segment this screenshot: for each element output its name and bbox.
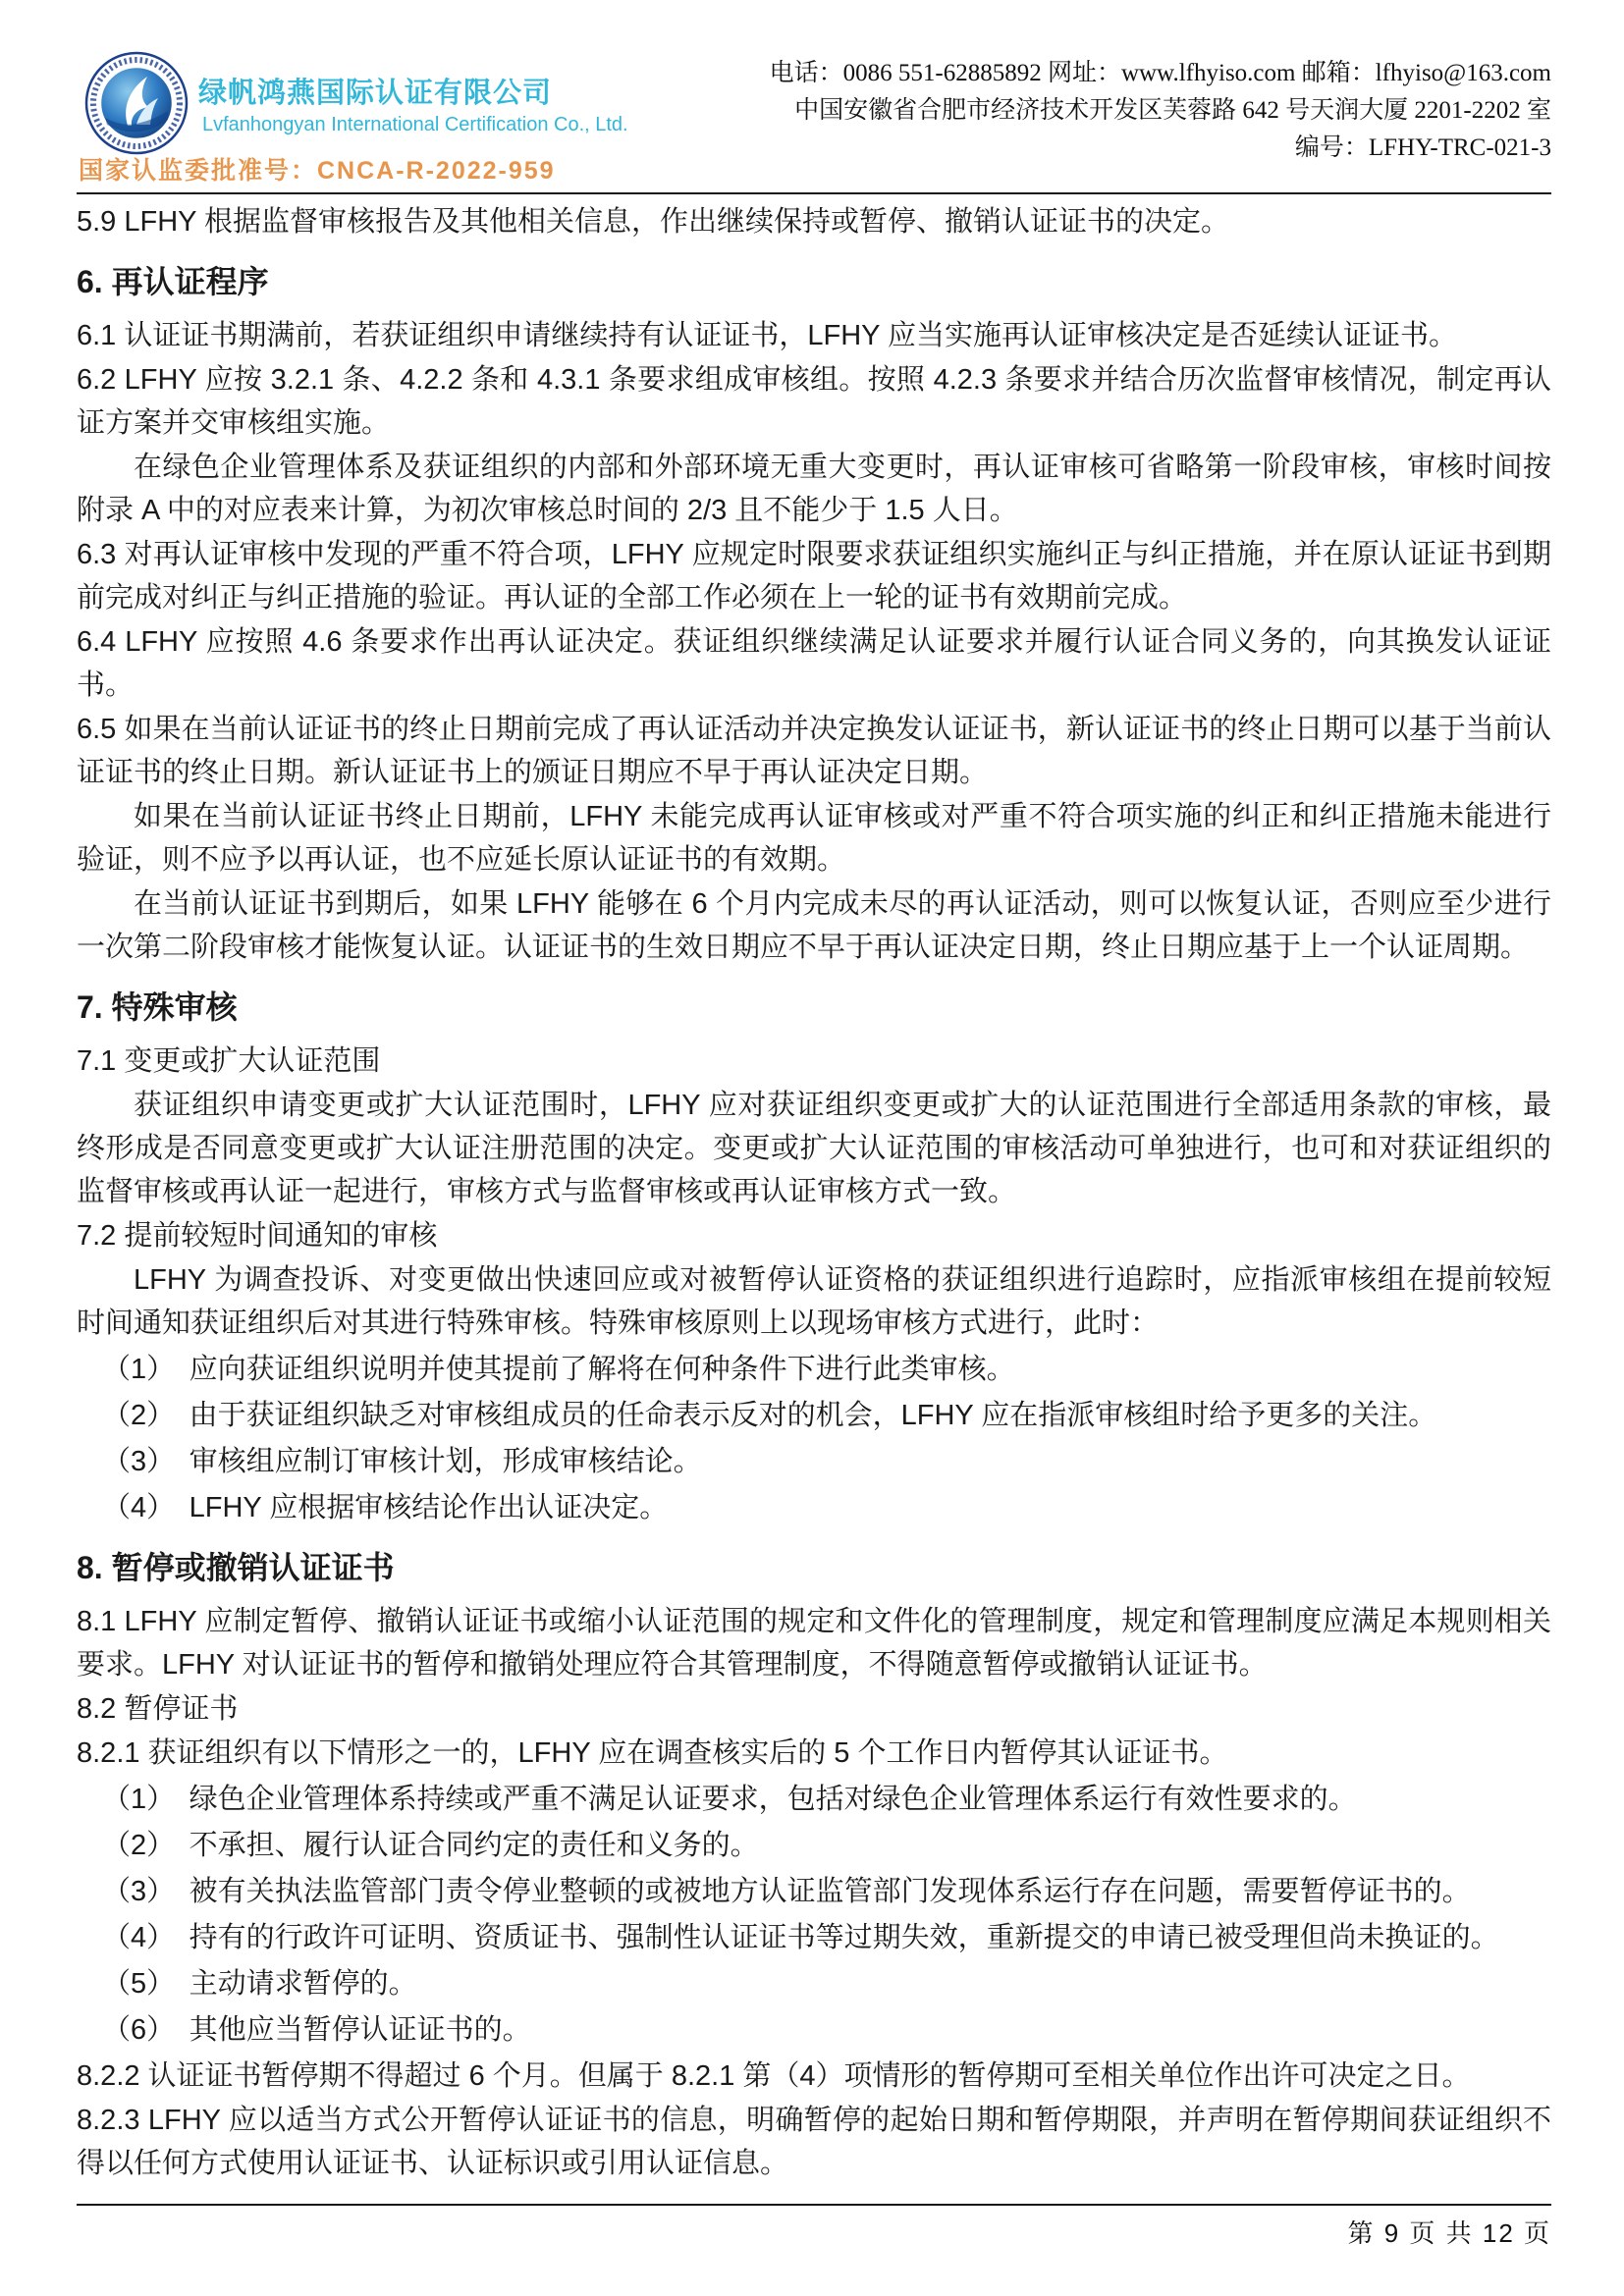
list-item: （2） 不承担、履行认证合同约定的责任和义务的。 bbox=[77, 1824, 1551, 1867]
list-item: （4） 持有的行政许可证明、资质证书、强制性认证证书等过期失效，重新提交的申请已… bbox=[77, 1916, 1551, 1959]
approval-number: 国家认监委批准号：CNCA-R-2022-959 bbox=[79, 151, 556, 187]
paragraph-8-2-3: 8.2.3 LFHY 应以适当方式公开暂停认证证书的信息，明确暂停的起始日期和暂… bbox=[77, 2099, 1551, 2185]
list-item: （5） 主动请求暂停的。 bbox=[77, 1962, 1551, 2005]
list-item: （6） 其他应当暂停认证证书的。 bbox=[77, 2008, 1551, 2052]
paragraph-5-9: 5.9 LFHY 根据监督审核报告及其他相关信息，作出继续保持或暂停、撤销认证证… bbox=[77, 200, 1551, 243]
paragraph-8-2: 8.2 暂停证书 bbox=[77, 1687, 1551, 1731]
paragraph-7-1-note: 获证组织申请变更或扩大认证范围时，LFHY 应对获证组织变更或扩大的认证范围进行… bbox=[77, 1084, 1551, 1213]
list-item: （1） 绿色企业管理体系持续或严重不满足认证要求，包括对绿色企业管理体系运行有效… bbox=[77, 1778, 1551, 1821]
paragraph-6-1: 6.1 认证证书期满前，若获证组织申请继续持有认证证书，LFHY 应当实施再认证… bbox=[77, 314, 1551, 357]
list-item: （2） 由于获证组织缺乏对审核组成员的任命表示反对的机会，LFHY 应在指派审核… bbox=[77, 1394, 1551, 1437]
paragraph-6-5-note-1: 如果在当前认证证书终止日期前，LFHY 未能完成再认证审核或对严重不符合项实施的… bbox=[77, 795, 1551, 881]
section-heading-8: 8. 暂停或撤销认证证书 bbox=[77, 1545, 1551, 1590]
paragraph-6-2: 6.2 LFHY 应按 3.2.1 条、4.2.2 条和 4.3.1 条要求组成… bbox=[77, 358, 1551, 445]
section-heading-6: 6. 再认证程序 bbox=[77, 259, 1551, 304]
section-heading-7: 7. 特殊审核 bbox=[77, 985, 1551, 1030]
list-item: （4） LFHY 应根据审核结论作出认证决定。 bbox=[77, 1486, 1551, 1529]
paragraph-8-2-1: 8.2.1 获证组织有以下情形之一的，LFHY 应在调查核实后的 5 个工作日内… bbox=[77, 1732, 1551, 1775]
company-name-cn: 绿帆鸿燕国际认证有限公司 bbox=[198, 71, 552, 111]
contact-line: 电话：0086 551-62885892 网址：www.lfhyiso.com … bbox=[770, 55, 1551, 92]
paragraph-6-5: 6.5 如果在当前认证证书的终止日期前完成了再认证活动并决定换发认证证书，新认证… bbox=[77, 708, 1551, 794]
company-name-en: Lvfanhongyan International Certification… bbox=[202, 114, 628, 136]
company-logo-icon bbox=[84, 51, 189, 155]
contact-block: 电话：0086 551-62885892 网址：www.lfhyiso.com … bbox=[770, 55, 1551, 167]
paragraph-7-2-note: LFHY 为调查投诉、对变更做出快速回应或对被暂停认证资格的获证组织进行追踪时，… bbox=[77, 1258, 1551, 1345]
document-body: 5.9 LFHY 根据监督审核报告及其他相关信息，作出继续保持或暂停、撤销认证证… bbox=[77, 200, 1551, 2185]
list-item: （3） 被有关执法监管部门责令停业整顿的或被地方认证监管部门发现体系运行存在问题… bbox=[77, 1870, 1551, 1913]
paragraph-7-1: 7.1 变更或扩大认证范围 bbox=[77, 1040, 1551, 1083]
list-item: （3） 审核组应制订审核计划，形成审核结论。 bbox=[77, 1440, 1551, 1483]
paragraph-8-2-2: 8.2.2 认证证书暂停期不得超过 6 个月。但属于 8.2.1 第（4）项情形… bbox=[77, 2055, 1551, 2098]
letterhead: 绿帆鸿燕国际认证有限公司 Lvfanhongyan International … bbox=[77, 51, 1551, 190]
company-logo bbox=[84, 51, 189, 155]
paragraph-7-2: 7.2 提前较短时间通知的审核 bbox=[77, 1214, 1551, 1257]
page-number: 第 9 页 共 12 页 bbox=[1348, 2218, 1552, 2248]
header-divider bbox=[77, 192, 1551, 194]
list-item: （1） 应向获证组织说明并使其提前了解将在何种条件下进行此类审核。 bbox=[77, 1348, 1551, 1391]
paragraph-6-3: 6.3 对再认证审核中发现的严重不符合项，LFHY 应规定时限要求获证组织实施纠… bbox=[77, 533, 1551, 619]
paragraph-6-4: 6.4 LFHY 应按照 4.6 条要求作出再认证决定。获证组织继续满足认证要求… bbox=[77, 620, 1551, 707]
paragraph-6-5-note-2: 在当前认证证书到期后，如果 LFHY 能够在 6 个月内完成未尽的再认证活动，则… bbox=[77, 882, 1551, 969]
paragraph-8-1: 8.1 LFHY 应制定暂停、撤销认证证书或缩小认证范围的规定和文件化的管理制度… bbox=[77, 1600, 1551, 1686]
page-footer: 第 9 页 共 12 页 bbox=[77, 2204, 1551, 2250]
address-line: 中国安徽省合肥市经济技术开发区芙蓉路 642 号天润大厦 2201-2202 室 bbox=[770, 92, 1551, 130]
paragraph-6-2-note: 在绿色企业管理体系及获证组织的内部和外部环境无重大变更时，再认证审核可省略第一阶… bbox=[77, 446, 1551, 532]
document-page: 绿帆鸿燕国际认证有限公司 Lvfanhongyan International … bbox=[0, 0, 1624, 2296]
doc-number: 编号：LFHY-TRC-021-3 bbox=[770, 130, 1551, 167]
